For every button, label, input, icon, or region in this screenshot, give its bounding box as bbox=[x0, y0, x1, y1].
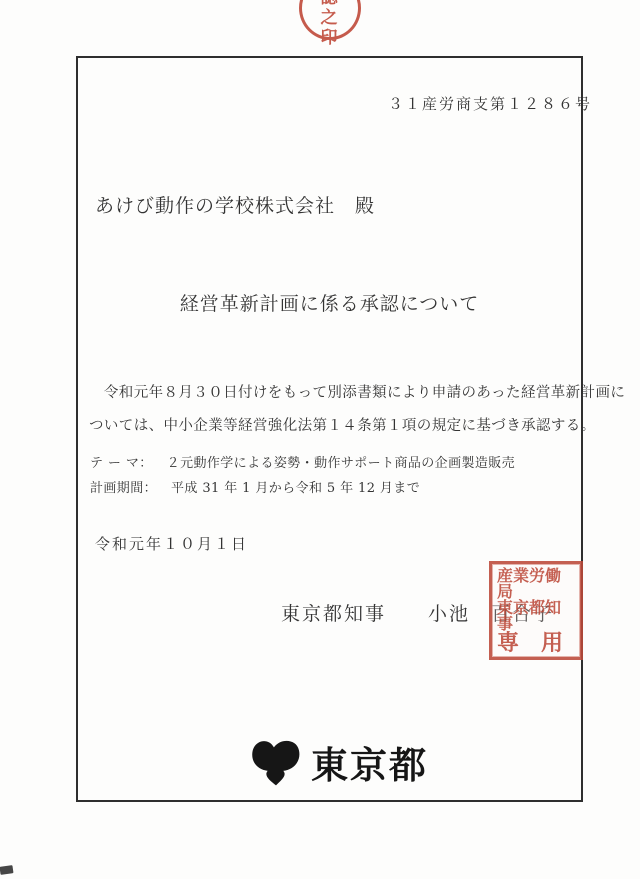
document-number: ３１産労商支第１２８６号 bbox=[388, 93, 592, 114]
official-square-stamp-icon: 産業労働局 東京都知事 専 用 bbox=[489, 561, 583, 660]
round-stamp-text: 承認之印 bbox=[310, 0, 354, 48]
body-paragraph-line-1: 令和元年８月３０日付けをもって別添書類により申請のあった経営革新計画に bbox=[89, 381, 625, 402]
plan-period-line: 計画期間：平成 31 年 1 月から令和 5 年 12 月まで bbox=[90, 477, 420, 496]
addressee: あけび動作の学校株式会社 殿 bbox=[95, 191, 375, 218]
round-stamp-icon: 承認之印 bbox=[299, 0, 361, 40]
theme-value: ２元動作学による姿勢・動作サポート商品の企画製造販売 bbox=[167, 456, 515, 471]
scan-artifact bbox=[0, 865, 13, 875]
ginkgo-leaf-icon bbox=[250, 736, 302, 789]
period-label: 計画期間： bbox=[90, 481, 157, 496]
document-title: 経営革新計画に係る承認について bbox=[78, 289, 581, 316]
theme-line: テ ー マ：２元動作学による姿勢・動作サポート商品の企画製造販売 bbox=[90, 452, 515, 471]
spacer bbox=[386, 599, 428, 626]
theme-label: テ ー マ： bbox=[90, 456, 153, 471]
period-value: 平成 31 年 1 月から令和 5 年 12 月まで bbox=[171, 481, 420, 496]
issue-date: 令和元年１０月１日 bbox=[95, 533, 248, 554]
square-stamp-row-2: 東京都知事 bbox=[497, 600, 575, 632]
body-paragraph-line-2: ついては、中小企業等経営強化法第１４条第１項の規定に基づき承認する。 bbox=[89, 414, 596, 435]
scanned-approval-letter: 承認之印 ３１産労商支第１２８６号 あけび動作の学校株式会社 殿 経営革新計画に… bbox=[0, 0, 640, 879]
square-stamp-row-3: 専 用 bbox=[497, 632, 575, 654]
tokyo-logo-text: 東京都 bbox=[311, 735, 428, 789]
square-stamp-row-1: 産業労働局 bbox=[497, 568, 575, 600]
signer-title: 東京都知事 bbox=[281, 599, 386, 626]
tokyo-logo: 東京都 bbox=[250, 735, 428, 789]
